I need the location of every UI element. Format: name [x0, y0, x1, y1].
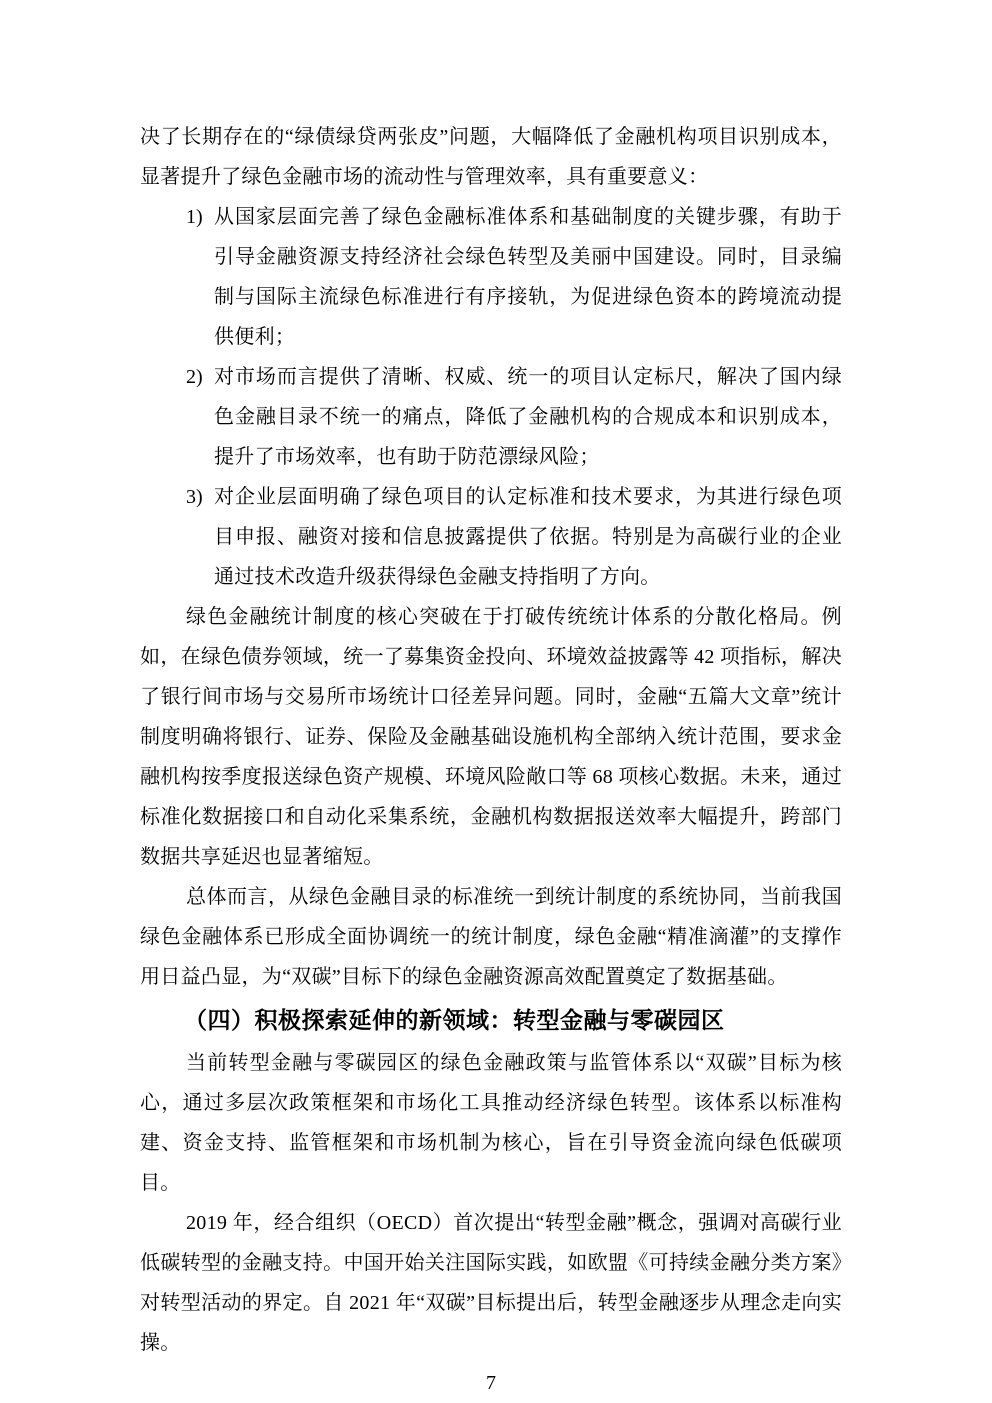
list-item-marker: 3)	[186, 477, 214, 597]
list-item-marker: 2)	[186, 357, 214, 477]
section-heading: （四）积极探索延伸的新领域：转型金融与零碳园区	[140, 997, 842, 1043]
list-item: 2) 对市场而言提供了清晰、权威、统一的项目认定标尺，解决了国内绿色金融目录不统…	[186, 357, 842, 477]
list-item: 1) 从国家层面完善了绿色金融标准体系和基础制度的关键步骤，有助于引导金融资源支…	[186, 197, 842, 357]
statistics-paragraph: 绿色金融统计制度的核心突破在于打破传统统计体系的分散化格局。例如，在绿色债券领域…	[140, 597, 842, 877]
summary-paragraph: 总体而言，从绿色金融目录的标准统一到统计制度的系统协同，当前我国绿色金融体系已形…	[140, 877, 842, 997]
transition-overview-paragraph: 当前转型金融与零碳园区的绿色金融政策与监管体系以“双碳”目标为核心，通过多层次政…	[140, 1043, 842, 1203]
document-page: 决了长期存在的“绿债绿贷两张皮”问题，大幅降低了金融机构项目识别成本，显著提升了…	[0, 0, 992, 1403]
list-item: 3) 对企业层面明确了绿色项目的认定标准和技术要求，为其进行绿色项目申报、融资对…	[186, 477, 842, 597]
list-item-text: 从国家层面完善了绿色金融标准体系和基础制度的关键步骤，有助于引导金融资源支持经济…	[214, 197, 842, 357]
transition-history-paragraph: 2019 年，经合组织（OECD）首次提出“转型金融”概念，强调对高碳行业低碳转…	[140, 1203, 842, 1363]
list-item-text: 对市场而言提供了清晰、权威、统一的项目认定标尺，解决了国内绿色金融目录不统一的痛…	[214, 357, 842, 477]
numbered-list: 1) 从国家层面完善了绿色金融标准体系和基础制度的关键步骤，有助于引导金融资源支…	[140, 197, 842, 597]
page-number: 7	[140, 1363, 842, 1403]
list-item-text: 对企业层面明确了绿色项目的认定标准和技术要求，为其进行绿色项目申报、融资对接和信…	[214, 477, 842, 597]
intro-paragraph: 决了长期存在的“绿债绿贷两张皮”问题，大幅降低了金融机构项目识别成本，显著提升了…	[140, 117, 842, 197]
list-item-marker: 1)	[186, 197, 214, 357]
